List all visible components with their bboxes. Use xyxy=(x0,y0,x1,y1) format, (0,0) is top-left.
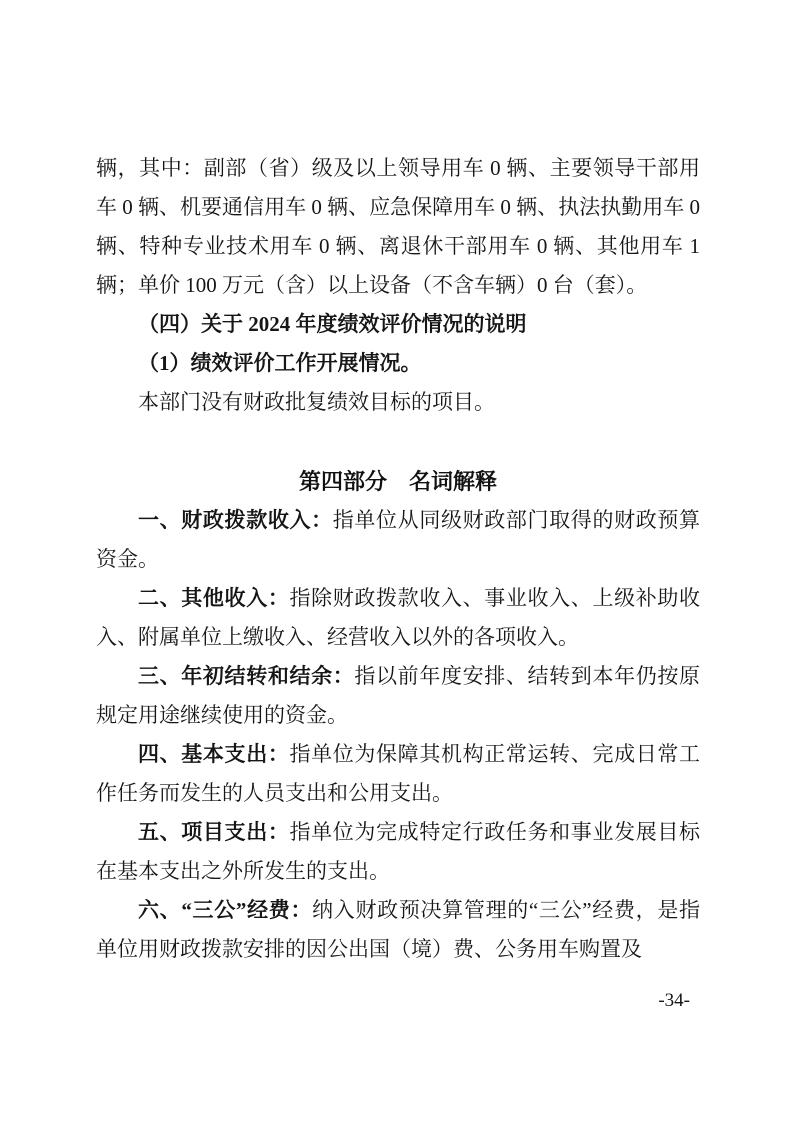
term-item: 四、基本支出：指单位为保障其机构正常运转、完成日常工作任务而发生的人员支出和公用… xyxy=(96,735,700,813)
document-page: 辆，其中：副部（省）级及以上领导用车 0 辆、主要领导干部用车 0 辆、机要通信… xyxy=(0,0,793,1122)
heading-performance-evaluation: （四）关于 2024 年度绩效评价情况的说明 xyxy=(96,305,700,344)
term-item: 六、“三公”经费：纳入财政预决算管理的“三公”经费，是指单位用财政拨款安排的因公… xyxy=(96,891,700,969)
term-lead-project-expenditure: 五、项目支出： xyxy=(138,820,289,844)
paragraph-vehicle-details: 辆，其中：副部（省）级及以上领导用车 0 辆、主要领导干部用车 0 辆、机要通信… xyxy=(96,149,700,305)
paragraph-no-projects: 本部门没有财政批复绩效目标的项目。 xyxy=(96,383,700,422)
term-item: 一、财政拨款收入：指单位从同级财政部门取得的财政预算资金。 xyxy=(96,501,700,579)
term-item: 二、其他收入：指除财政拨款收入、事业收入、上级补助收入、附属单位上缴收入、经营收… xyxy=(96,579,700,657)
term-lead-other-income: 二、其他收入： xyxy=(138,586,289,610)
term-lead-basic-expenditure: 四、基本支出： xyxy=(138,742,289,766)
page-number: -34- xyxy=(658,990,690,1012)
term-lead-fiscal-appropriation-income: 一、财政拨款收入： xyxy=(138,508,333,532)
document-body: 辆，其中：副部（省）级及以上领导用车 0 辆、主要领导干部用车 0 辆、机要通信… xyxy=(96,149,700,969)
term-item: 三、年初结转和结余：指以前年度安排、结转到本年仍按原规定用途继续使用的资金。 xyxy=(96,657,700,735)
subheading-evaluation-work: （1）绩效评价工作开展情况。 xyxy=(96,344,700,383)
term-lead-carryover-and-balance: 三、年初结转和结余： xyxy=(138,664,354,688)
term-item: 五、项目支出：指单位为完成特定行政任务和事业发展目标在基本支出之外所发生的支出。 xyxy=(96,813,700,891)
section-heading-part4-glossary: 第四部分 名词解释 xyxy=(96,462,700,501)
term-lead-three-public-funds: 六、“三公”经费： xyxy=(138,898,312,922)
